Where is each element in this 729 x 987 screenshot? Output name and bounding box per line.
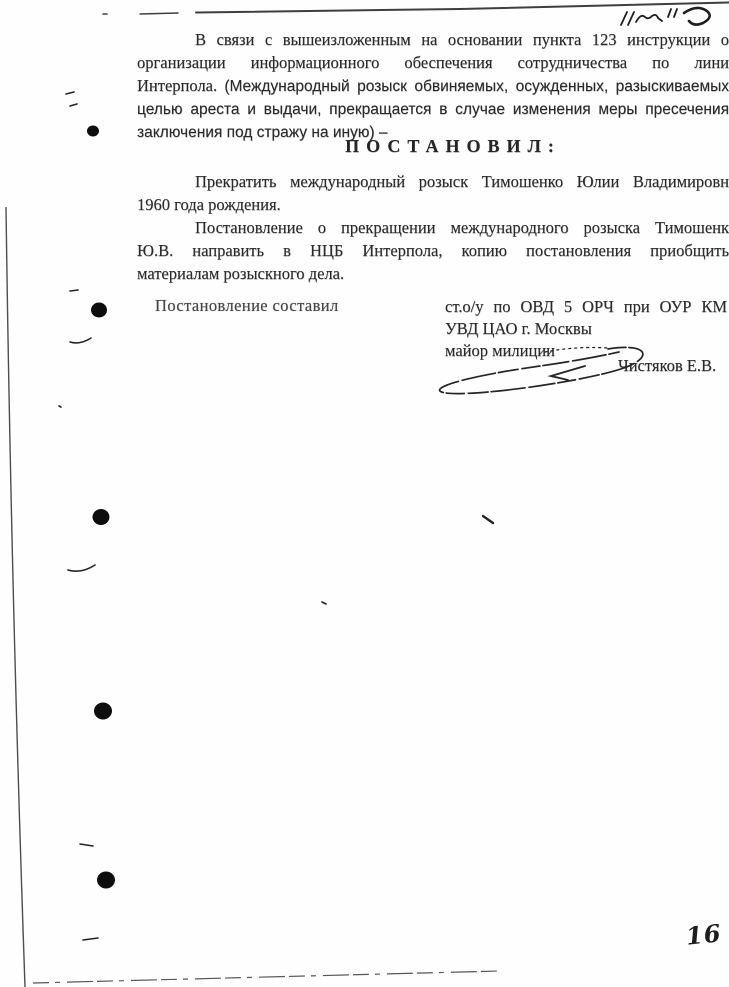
text-run: Прекратить международный розыск Тимошенк…: [195, 172, 729, 191]
text-run: Интерпола.: [137, 76, 224, 95]
scan-left-edge-line: [6, 207, 25, 987]
text-line: Интерпола. (Международный розыск обвиняе…: [137, 74, 729, 97]
scanned-document-page: В связи с вышеизложенным на основании пу…: [0, 0, 729, 987]
officer-title-block: ст.о/у по ОВД 5 ОРЧ при ОУР КМУВД ЦАО г.…: [445, 296, 727, 362]
officer-title-line: УВД ЦАО г. Москвы: [445, 318, 727, 340]
officer-title-line: ст.о/у по ОВД 5 ОРЧ при ОУР КМ: [445, 296, 727, 318]
hole-punch-dots: [87, 126, 115, 889]
text-run: Постановление о прекращении международно…: [195, 218, 729, 237]
resolution-heading: ПОСТАНОВИЛ:: [157, 136, 729, 157]
scan-top-edge-line: [103, 3, 729, 15]
text-run: целью ареста и выдачи, прекращается в сл…: [137, 101, 729, 118]
text-line: В связи с вышеизложенным на основании пу…: [137, 28, 729, 51]
text-run: организации информационного обеспечения …: [137, 53, 729, 72]
text-line: Постановление о прекращении международно…: [137, 216, 729, 239]
officer-name: Чистяков Е.В.: [618, 356, 716, 376]
text-run: материалам розыскного дела.: [137, 264, 344, 283]
text-line: целью ареста и выдачи, прекращается в сл…: [137, 97, 729, 120]
scan-bottom-edge-line: [33, 971, 500, 983]
text-line: Ю.В. направить в НЦБ Интерпола, копию по…: [137, 239, 729, 262]
handwritten-annotation: [621, 8, 710, 25]
text-run: 1960 года рождения.: [137, 195, 281, 214]
text-line: материалам розыскного дела.: [137, 262, 729, 285]
page-number: 16: [685, 918, 723, 951]
text-run: В связи с вышеизложенным на основании пу…: [195, 30, 729, 49]
text-line: организации информационного обеспечения …: [137, 51, 729, 74]
text-run: Ю.В. направить в НЦБ Интерпола, копию по…: [137, 241, 729, 260]
composed-by-label: Постановление составил: [155, 296, 339, 316]
text-line: 1960 года рождения.: [137, 193, 729, 216]
resolution-paragraph: Прекратить международный розыск Тимошенк…: [137, 170, 729, 285]
text-run: (Международный розыск обвиняемых, осужде…: [224, 78, 729, 95]
intro-paragraph: В связи с вышеизложенным на основании пу…: [137, 28, 729, 143]
text-line: Прекратить международный розыск Тимошенк…: [137, 170, 729, 193]
